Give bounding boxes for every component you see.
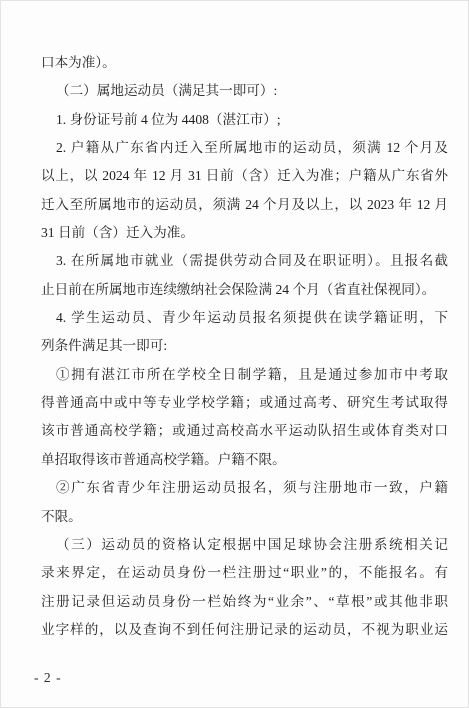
text-line: （二）属地运动员（满足其一即可）: — [41, 77, 448, 105]
text-line: 不限。 — [41, 503, 448, 531]
text-line: 录来界定，在运动员身份一栏注册过“职业”的，不能报名。有 — [41, 559, 448, 587]
text-line: 单招取得该市普通高校学籍。户籍不限。 — [41, 446, 448, 474]
text-line: 3. 在所属地市就业（需提供劳动合同及在职证明）。且报名截 — [41, 247, 448, 275]
text-line: 2. 户籍从广东省内迁入至所属地市的运动员，须满 12 个月及 — [41, 134, 448, 162]
text-line: 列条件满足其一即可: — [41, 332, 448, 360]
document-page: 口本为准）。 （二）属地运动员（满足其一即可）: 1. 身份证号前 4 位为 4… — [0, 0, 469, 708]
text-line: 迁入至所属地市的运动员，须满 24 个月及以上，以 2023 年 12 月 — [41, 191, 448, 219]
text-line: ②广东省青少年注册运动员报名，须与注册地市一致，户籍 — [41, 474, 448, 502]
text-line: ①拥有湛江市所在学校全日制学籍，且是通过参加市中考取 — [41, 361, 448, 389]
text-line: 以上，以 2024 年 12 月 31 日前（含）迁入为准；户籍从广东省外 — [41, 162, 448, 190]
text-line: 得普通高中或中等专业学校学籍；或通过高考、研究生考试取得 — [41, 389, 448, 417]
text-line: 注册记录但运动员身份一栏始终为“业余”、“草根”或其他非职 — [41, 588, 448, 616]
text-line: 止日前在所属地市连续缴纳社会保险满 24 个月（省直社保视同）。 — [41, 276, 448, 304]
text-line: 该市普通高校学籍；或通过高校高水平运动队招生或体育类对口 — [41, 417, 448, 445]
page-number: - 2 - — [34, 664, 62, 692]
text-line: 口本为准）。 — [41, 49, 448, 77]
text-line: 4. 学生运动员、青少年运动员报名须提供在读学籍证明，下 — [41, 304, 448, 332]
text-line: 31 日前（含）迁入为准。 — [41, 219, 448, 247]
text-line: 业字样的，以及查询不到任何注册记录的运动员，不视为职业运 — [41, 616, 448, 644]
document-body: 口本为准）。 （二）属地运动员（满足其一即可）: 1. 身份证号前 4 位为 4… — [41, 49, 448, 644]
text-line: （三）运动员的资格认定根据中国足球协会注册系统相关记 — [41, 531, 448, 559]
text-line: 1. 身份证号前 4 位为 4408（湛江市）; — [41, 106, 448, 134]
